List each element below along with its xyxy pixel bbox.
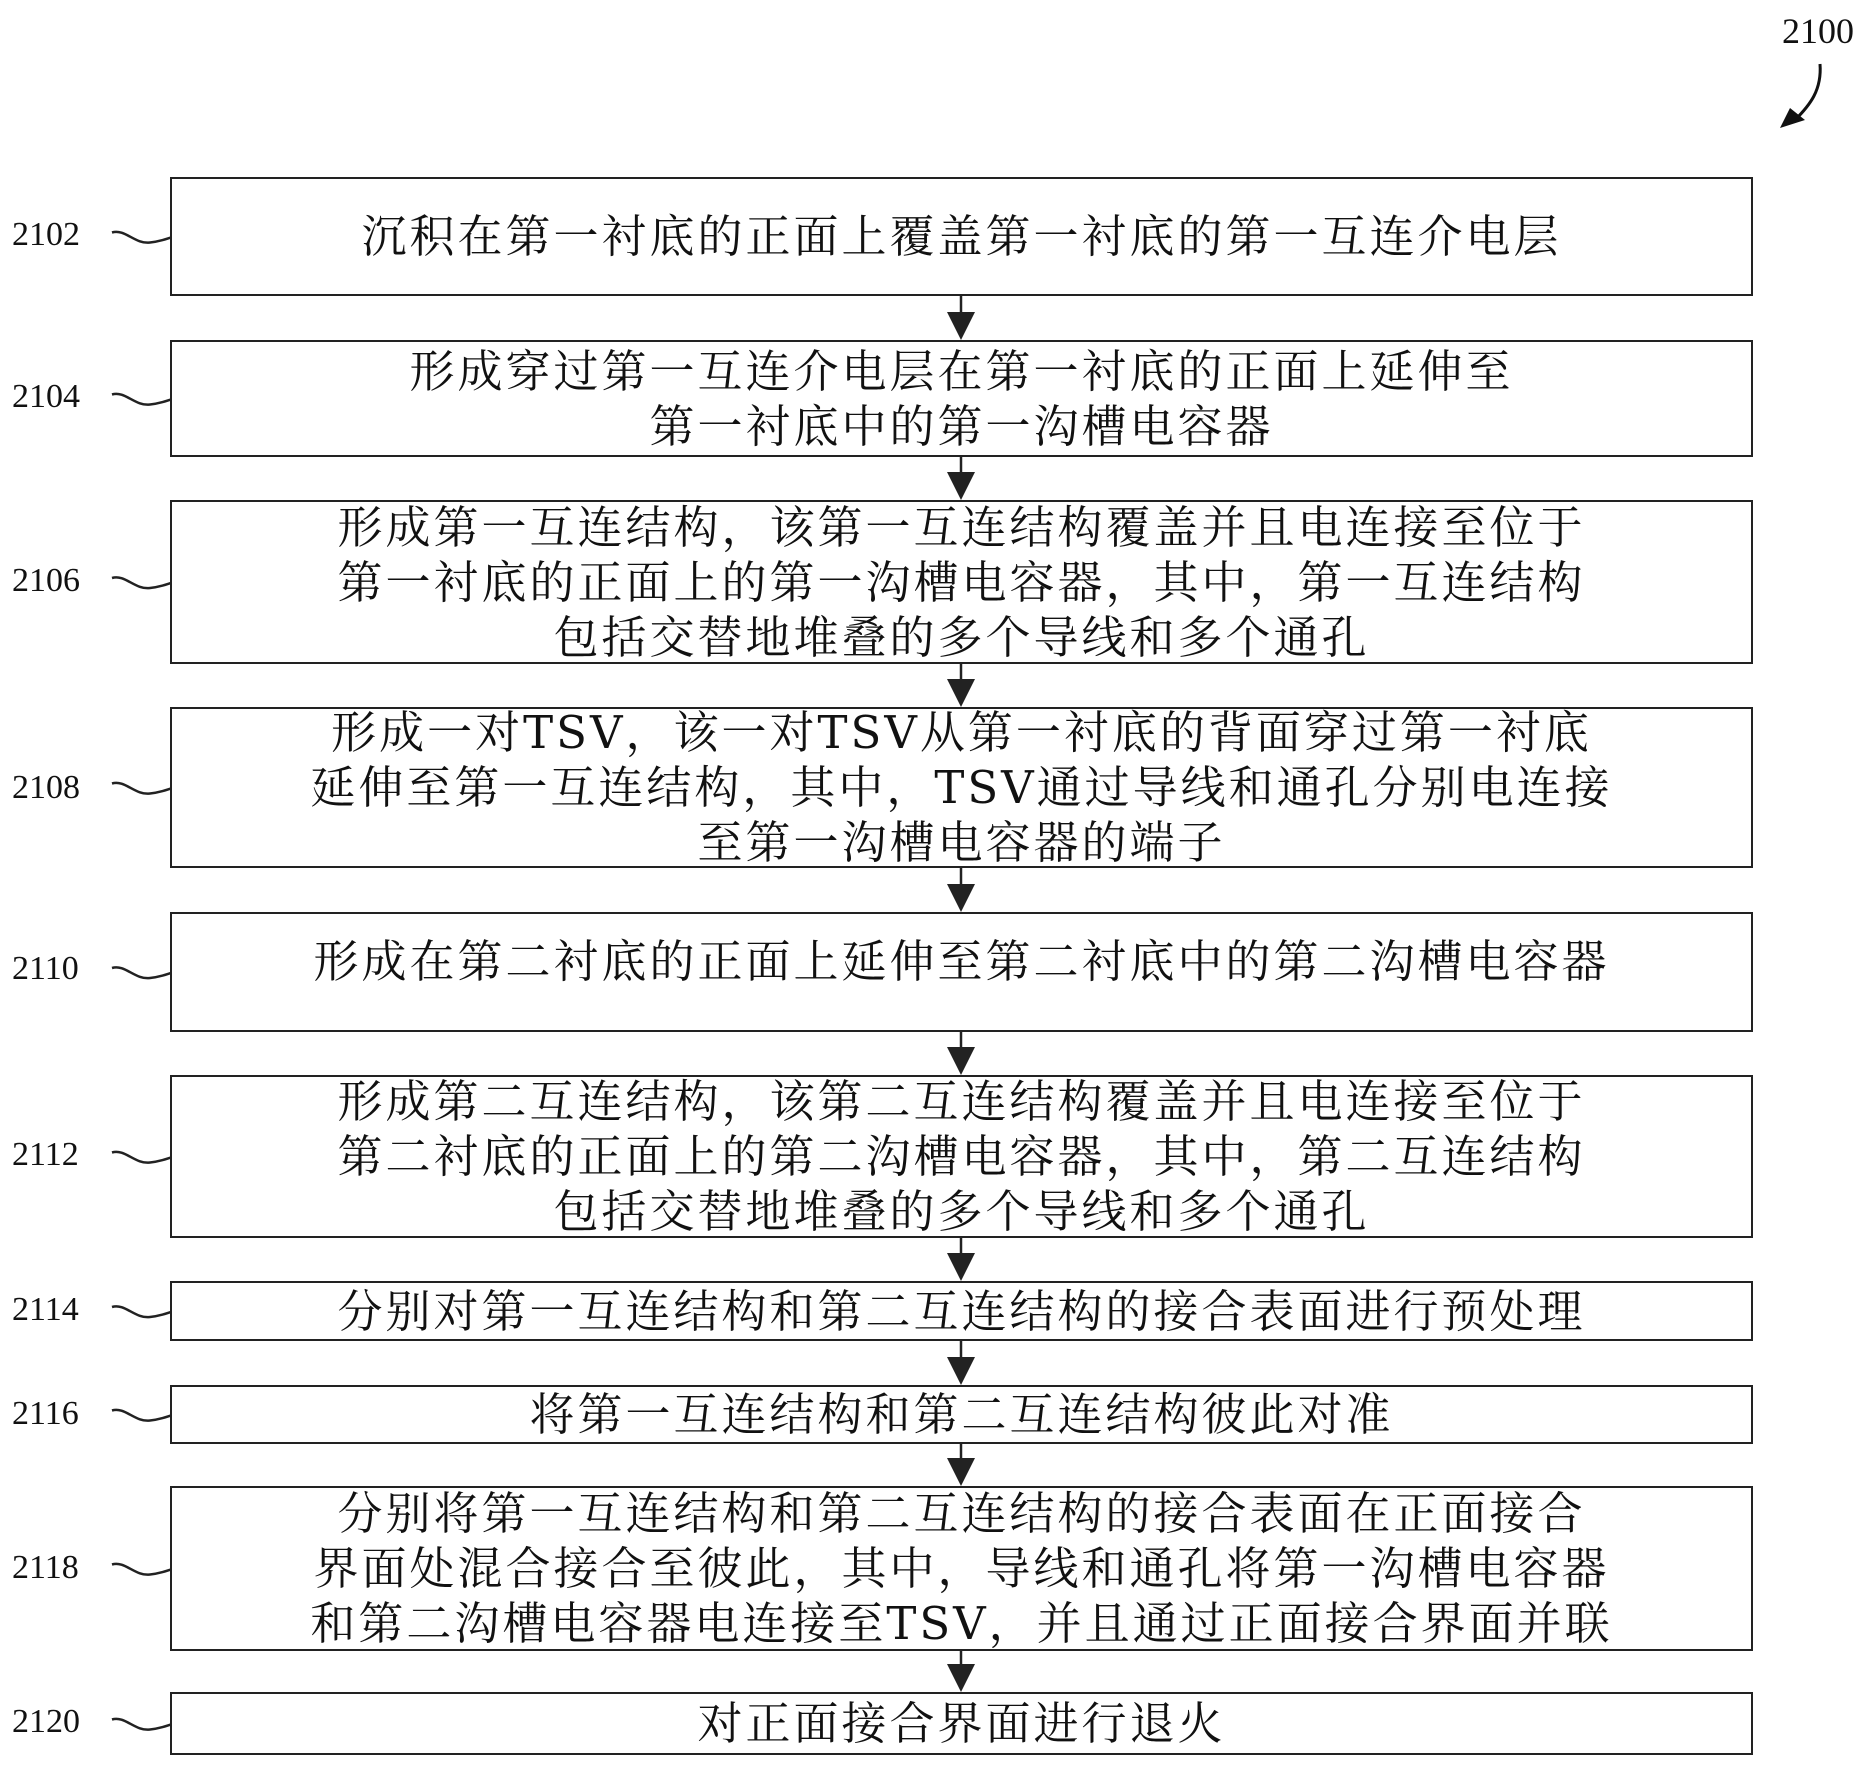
step-box-2106: 形成第一互连结构，该第一互连结构覆盖并且电连接至位于 第一衬底的正面上的第一沟槽… [170,500,1753,664]
step-label-2116: 2116 [12,1395,79,1433]
step-line: 界面处混合接合至彼此，其中，导线和通孔将第一沟槽电容器 [310,1541,1612,1596]
step-box-2120: 对正面接合界面进行退火 [170,1692,1753,1755]
step-label-2118: 2118 [12,1549,79,1587]
arrow-down-icon [947,312,975,340]
arrow-down-icon [947,472,975,500]
step-text-2106: 形成第一互连结构，该第一互连结构覆盖并且电连接至位于 第一衬底的正面上的第一沟槽… [323,500,1599,665]
step-label-2110: 2110 [12,950,79,988]
step-label-2106: 2106 [12,562,80,600]
step-line: 形成一对TSV，该一对TSV从第一衬底的背面穿过第一衬底 [310,705,1612,760]
step-line: 形成第一互连结构，该第一互连结构覆盖并且电连接至位于 [337,500,1585,555]
step-line: 形成第二互连结构，该第二互连结构覆盖并且电连接至位于 [337,1074,1585,1129]
step-line: 形成在第二衬底的正面上延伸至第二衬底中的第二沟槽电容器 [313,934,1609,989]
step-line: 第一衬底中的第一沟槽电容器 [409,399,1513,454]
step-line: 延伸至第一互连结构，其中，TSV通过导线和通孔分别电连接 [310,760,1612,815]
step-box-2108: 形成一对TSV，该一对TSV从第一衬底的背面穿过第一衬底 延伸至第一互连结构，其… [170,707,1753,868]
arrow-down-icon [947,1047,975,1075]
step-line: 分别将第一互连结构和第二互连结构的接合表面在正面接合 [310,1486,1612,1541]
step-box-2112: 形成第二互连结构，该第二互连结构覆盖并且电连接至位于 第二衬底的正面上的第二沟槽… [170,1075,1753,1238]
step-box-2110: 形成在第二衬底的正面上延伸至第二衬底中的第二沟槽电容器 [170,912,1753,1032]
step-label-2108: 2108 [12,769,80,807]
step-line: 沉积在第一衬底的正面上覆盖第一衬底的第一互连介电层 [361,209,1561,264]
step-text-2102: 沉积在第一衬底的正面上覆盖第一衬底的第一互连介电层 [347,209,1575,264]
step-line: 将第一互连结构和第二互连结构彼此对准 [529,1387,1393,1442]
step-label-2112: 2112 [12,1136,79,1174]
arrow-down-icon [947,884,975,912]
step-text-2112: 形成第二互连结构，该第二互连结构覆盖并且电连接至位于 第二衬底的正面上的第二沟槽… [323,1074,1599,1239]
step-text-2118: 分别将第一互连结构和第二互连结构的接合表面在正面接合 界面处混合接合至彼此，其中… [296,1486,1626,1651]
arrow-down-icon [947,679,975,707]
arrow-down-icon [947,1458,975,1486]
figure-pointer-arrow-icon [1780,64,1820,128]
step-box-2118: 分别将第一互连结构和第二互连结构的接合表面在正面接合 界面处混合接合至彼此，其中… [170,1486,1753,1651]
step-line: 第一衬底的正面上的第一沟槽电容器，其中，第一互连结构 [337,555,1585,610]
step-label-2104: 2104 [12,378,80,416]
step-text-2114: 分别对第一互连结构和第二互连结构的接合表面进行预处理 [323,1284,1599,1339]
arrow-down-icon [947,1253,975,1281]
step-text-2116: 将第一互连结构和第二互连结构彼此对准 [515,1387,1407,1442]
step-line: 包括交替地堆叠的多个导线和多个通孔 [337,1184,1585,1239]
step-box-2114: 分别对第一互连结构和第二互连结构的接合表面进行预处理 [170,1281,1753,1341]
step-text-2108: 形成一对TSV，该一对TSV从第一衬底的背面穿过第一衬底 延伸至第一互连结构，其… [296,705,1626,870]
step-line: 第二衬底的正面上的第二沟槽电容器，其中，第二互连结构 [337,1129,1585,1184]
step-line: 和第二沟槽电容器电连接至TSV，并且通过正面接合界面并联 [310,1596,1612,1651]
step-box-2104: 形成穿过第一互连介电层在第一衬底的正面上延伸至 第一衬底中的第一沟槽电容器 [170,340,1753,457]
figure-label: 2100 [1782,10,1854,52]
step-label-2114: 2114 [12,1291,79,1329]
step-line: 分别对第一互连结构和第二互连结构的接合表面进行预处理 [337,1284,1585,1339]
step-line: 至第一沟槽电容器的端子 [310,815,1612,870]
step-label-2102: 2102 [12,216,80,254]
step-text-2104: 形成穿过第一互连介电层在第一衬底的正面上延伸至 第一衬底中的第一沟槽电容器 [395,344,1527,454]
step-line: 包括交替地堆叠的多个导线和多个通孔 [337,610,1585,665]
step-text-2110: 形成在第二衬底的正面上延伸至第二衬底中的第二沟槽电容器 [299,934,1623,989]
step-box-2116: 将第一互连结构和第二互连结构彼此对准 [170,1385,1753,1444]
step-line: 形成穿过第一互连介电层在第一衬底的正面上延伸至 [409,344,1513,399]
arrow-down-icon [947,1357,975,1385]
step-line: 对正面接合界面进行退火 [697,1696,1225,1751]
step-label-2120: 2120 [12,1703,80,1741]
arrow-down-icon [947,1664,975,1692]
step-box-2102: 沉积在第一衬底的正面上覆盖第一衬底的第一互连介电层 [170,177,1753,296]
step-text-2120: 对正面接合界面进行退火 [683,1696,1239,1751]
